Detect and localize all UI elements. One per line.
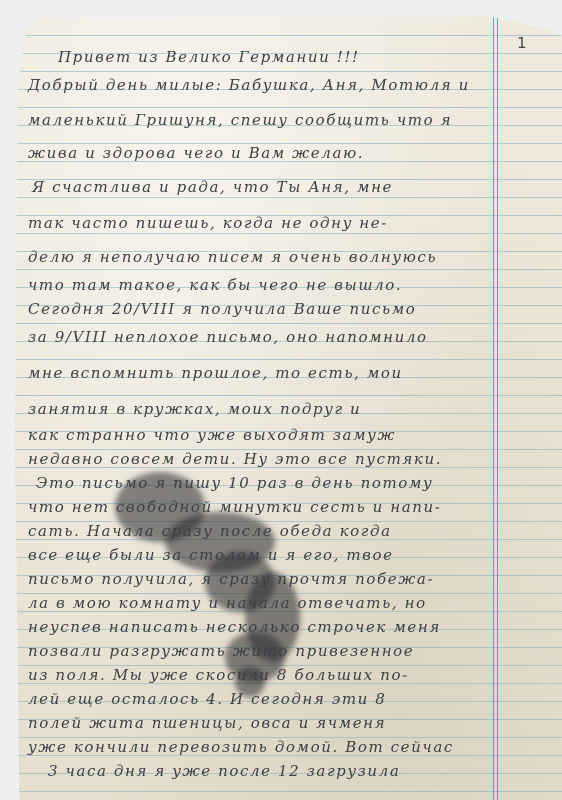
letter-paper: 1 Привет из Велико Германии !!!Добрый де… (15, 12, 562, 800)
letter-line: жива и здорова чего и Вам желаю. (28, 144, 364, 162)
letter-line: недавно совсем дети. Ну это все пустяки. (28, 450, 442, 468)
letter-line: что нет свободной минутки сесть и напи- (28, 498, 441, 516)
letter-line: делю я неполучаю писем я очень волнуюсь (28, 248, 437, 266)
letter-line: из поля. Мы уже скосили 8 больших по- (28, 666, 409, 684)
letter-line: уже кончили перевозить домой. Вот сейчас (28, 738, 454, 756)
letter-line: как странно что уже выходят замуж (28, 426, 396, 444)
letter-line: сать. Начала сразу после обеда когда (28, 522, 392, 540)
letter-line: так часто пишешь, когда не одну не- (28, 214, 388, 232)
letter-line: занятия в кружках, моих подруг и (28, 400, 361, 418)
letter-heading: Привет из Велико Германии !!! (58, 48, 360, 66)
letter-line: маленький Гришуня, спешу сообщить что я (28, 111, 452, 129)
letter-line: Сегодня 20/VIII я получила Ваше письмо (28, 300, 416, 318)
letter-line: Я счастлива и рада, что Ты Аня, мне (32, 178, 393, 196)
letter-line: мне вспомнить прошлое, то есть, мои (28, 364, 403, 382)
letter-line: все еще были за столом и я его, твое (28, 546, 394, 564)
letter-line: неуспев написать несколько строчек меня (28, 618, 441, 636)
letter-line: ла в мою комнату и начала отвечать, но (28, 594, 427, 612)
letter-line: что там такое, как бы чего не вышло. (28, 276, 402, 294)
margin-line (493, 12, 494, 800)
letter-line: за 9/VIII неплохое письмо, оно напомнило (28, 328, 428, 346)
letter-line: лей еще осталось 4. И сегодня эти 8 (28, 690, 386, 708)
letter-line: Это письмо я пишу 10 раз в день потому (36, 474, 433, 492)
letter-line: позвали разгружать жито привезенное (28, 642, 414, 660)
margin-line (497, 12, 498, 800)
letter-line: 3 часа дня я уже после 12 загрузила (48, 762, 400, 780)
letter-line: письмо получила, я сразу прочтя побежа- (28, 570, 434, 588)
letter-line: полей жита пшеницы, овса и ячменя (28, 714, 386, 732)
letter-line: Добрый день милые: Бабушка, Аня, Мотюля … (28, 76, 470, 94)
page-number: 1 (517, 34, 527, 52)
